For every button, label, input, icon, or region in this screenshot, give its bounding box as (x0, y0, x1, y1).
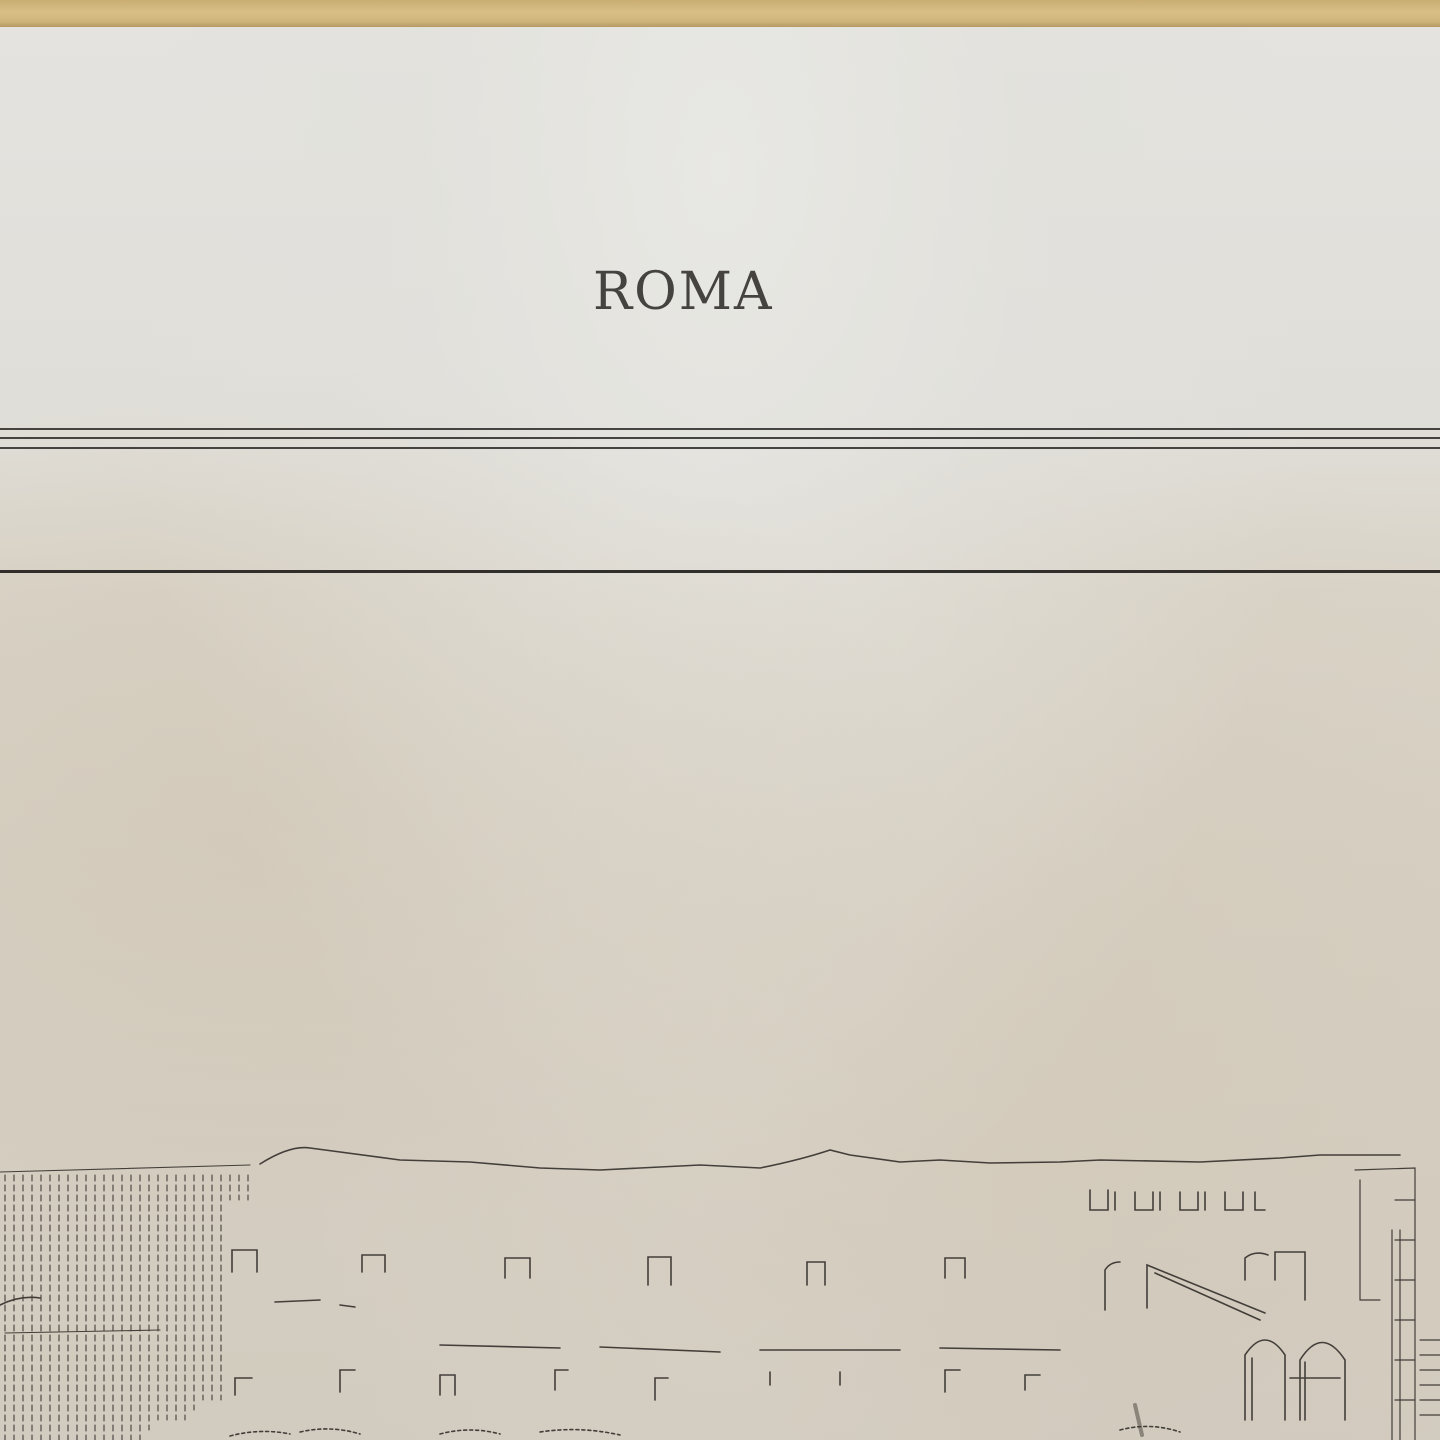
arches (1245, 1340, 1345, 1420)
gilt-frame-edge (0, 0, 1440, 27)
cityscape-engraving (0, 1140, 1440, 1440)
triple-rule-line-3 (0, 447, 1440, 449)
hatched-building (0, 1165, 250, 1440)
print-title: ROMA (593, 262, 774, 322)
triple-rule-line-1 (0, 428, 1440, 430)
lower-windows (235, 1370, 1040, 1400)
triple-rule-line-2 (0, 437, 1440, 439)
image-border-rule (0, 570, 1440, 573)
upper-windows (232, 1190, 1305, 1310)
right-tower (1355, 1168, 1440, 1440)
